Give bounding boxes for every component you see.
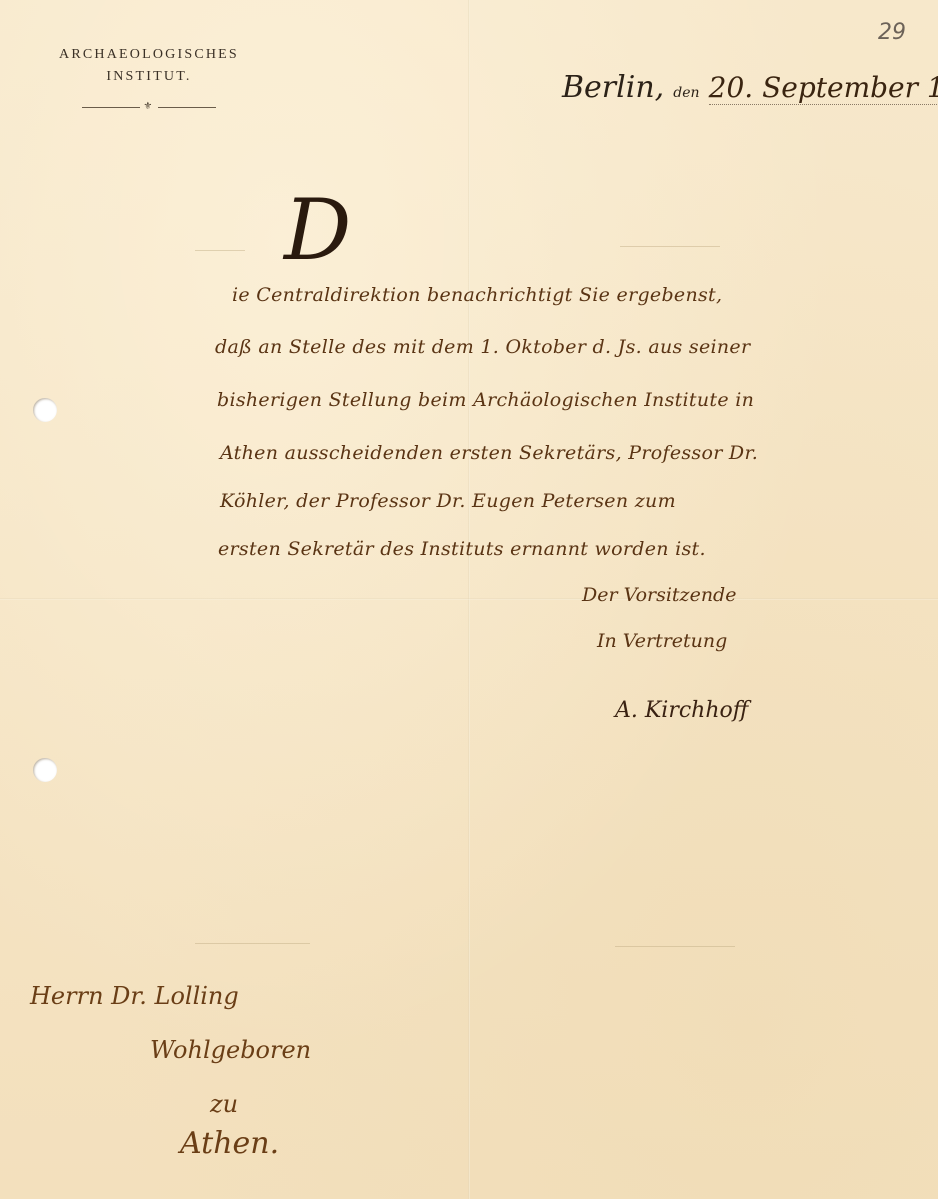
letterhead-line-1: ARCHAEOLOGISCHES bbox=[24, 44, 274, 66]
rule-line-left bbox=[82, 107, 140, 108]
body-line-5: Köhler, der Professor Dr. Eugen Petersen… bbox=[220, 490, 676, 512]
letterhead-line-2: INSTITUT. bbox=[24, 66, 274, 88]
dateline: Berlin, den 20. September 1886. bbox=[562, 70, 938, 105]
closing-title: Der Vorsitzende bbox=[582, 584, 736, 606]
letterhead: ARCHAEOLOGISCHES INSTITUT. ⚜ bbox=[24, 44, 274, 118]
dateline-place: Berlin, bbox=[562, 70, 664, 105]
horizontal-fold-line bbox=[0, 598, 938, 600]
address-preposition: zu bbox=[210, 1090, 238, 1118]
fleur-de-lis-icon: ⚜ bbox=[143, 96, 154, 118]
paper-crease bbox=[195, 943, 310, 944]
letterhead-rule: ⚜ bbox=[24, 96, 274, 118]
body-line-6: ersten Sekretär des Instituts ernannt wo… bbox=[218, 538, 706, 560]
dateline-den: den bbox=[673, 85, 699, 101]
body-initial-letter: D bbox=[284, 188, 351, 272]
body-line-4: Athen ausscheidenden ersten Sekretärs, P… bbox=[220, 442, 758, 464]
page-number: 29 bbox=[878, 20, 906, 45]
closing-representation: In Vertretung bbox=[597, 630, 727, 652]
body-line-1: ie Centraldirektion benachrichtigt Sie e… bbox=[232, 284, 722, 306]
body-line-2: daß an Stelle des mit dem 1. Oktober d. … bbox=[215, 336, 750, 358]
paper-crease bbox=[615, 946, 735, 947]
address-honorific: Wohlgeboren bbox=[150, 1036, 311, 1064]
paper-crease bbox=[620, 246, 720, 247]
body-line-3: bisherigen Stellung beim Archäologischen… bbox=[217, 389, 754, 411]
rule-line-right bbox=[158, 107, 216, 108]
paper-crease bbox=[195, 250, 245, 251]
punch-hole-top bbox=[33, 398, 57, 422]
address-city: Athen. bbox=[180, 1126, 279, 1161]
punch-hole-bottom bbox=[33, 758, 57, 782]
dateline-date: 20. September 1886. bbox=[709, 71, 938, 105]
address-recipient: Herrn Dr. Lolling bbox=[30, 982, 239, 1010]
signature: A. Kirchhoff bbox=[615, 698, 748, 723]
